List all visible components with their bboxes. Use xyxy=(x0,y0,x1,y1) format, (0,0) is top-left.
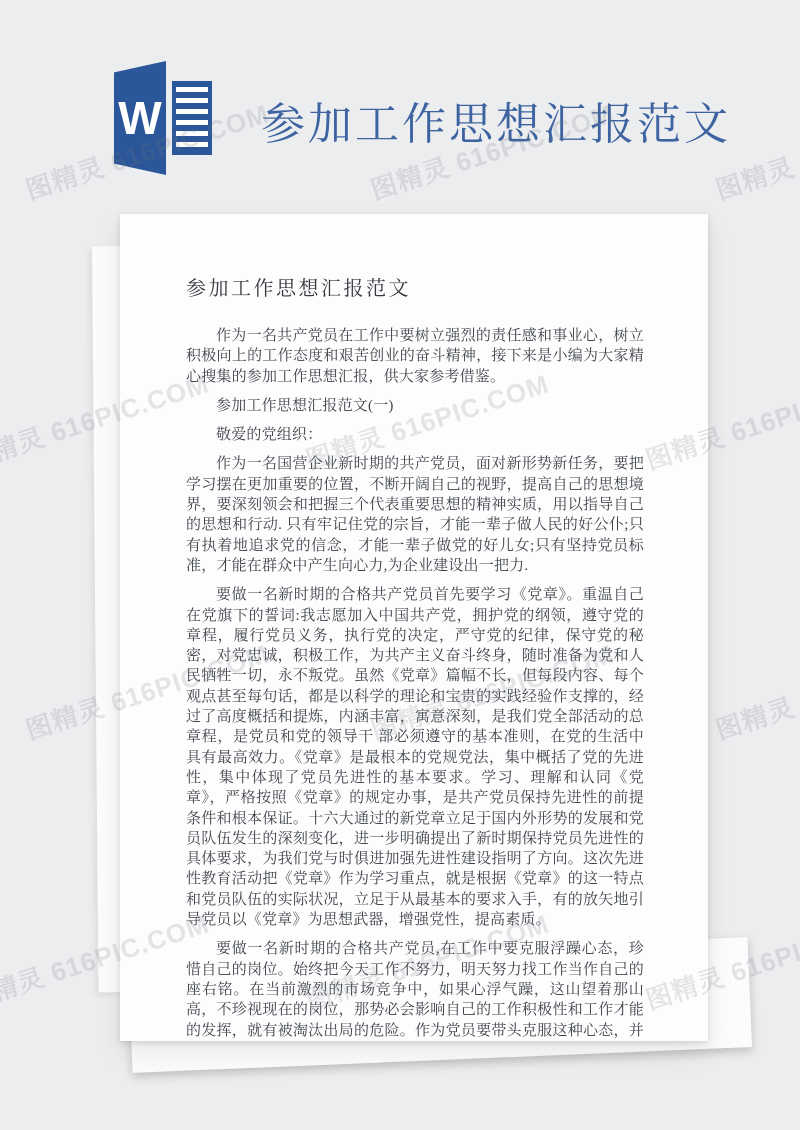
word-letter: W xyxy=(118,95,161,141)
document-title: 参加工作思想汇报范文 xyxy=(186,272,644,301)
document-body: 作为一名共产党员在工作中要树立强烈的责任感和事业心，树立积极向上的工作态度和艰苦… xyxy=(186,326,644,1041)
document-content: 参加工作思想汇报范文 作为一名共产党员在工作中要树立强烈的责任感和事业心，树立积… xyxy=(120,214,708,1041)
paragraph: 敬爱的党组织： xyxy=(186,425,644,445)
paragraph: 要做一名新时期的合格共产党员首先要学习《党章》。重温自己在党旗下的誓词:我志愿加… xyxy=(186,585,644,930)
paragraph: 要做一名新时期的合格共产党员,在工作中要克服浮躁心态，珍惜自己的岗位。始终把今天… xyxy=(186,939,644,1041)
paragraph: 作为一名共产党员在工作中要树立强烈的责任感和事业心，树立积极向上的工作态度和艰苦… xyxy=(186,326,644,387)
page-title: 参加工作思想汇报范文 xyxy=(261,88,731,152)
document-page: 参加工作思想汇报范文 作为一名共产党员在工作中要树立强烈的责任感和事业心，树立积… xyxy=(120,214,708,1041)
paragraph: 参加工作思想汇报范文(一) xyxy=(186,396,644,416)
header: W 参加工作思想汇报范文 xyxy=(0,0,800,210)
paragraph: 作为一名国营企业新时期的共产党员，面对新形势新任务，要把学习摆在更加重要的位置，… xyxy=(186,454,644,576)
page-background: W 参加工作思想汇报范文 参加工作思想汇报范文 作为一名共产党员在工作中要树立强… xyxy=(0,0,800,1130)
word-document-lines-icon xyxy=(172,81,212,155)
word-icon: W xyxy=(114,61,212,175)
watermark-text: 图精灵 616PIC.COM xyxy=(710,634,800,748)
word-cover-shape: W xyxy=(114,61,166,175)
